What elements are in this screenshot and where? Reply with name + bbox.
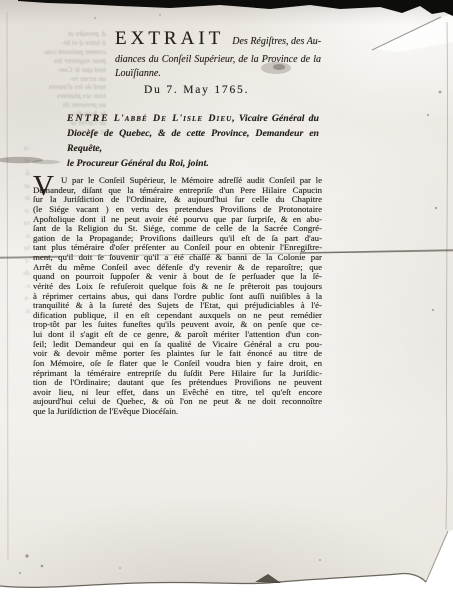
title-subtext: Des Régiſtres, des Au- (232, 36, 321, 47)
body-line: voir & devoir même porter ſes plaintes ſ… (33, 349, 322, 359)
body-line: lui dont il s'agit eſt de ce genre, & pa… (33, 330, 322, 340)
entre-word: ENTRE (67, 113, 110, 124)
body-line: trop-tôt par les ſuites funeſtes qu'ils … (33, 320, 322, 330)
body-line: tranquilité & à la ſureté des Sujets de … (33, 301, 322, 311)
date-line: Du 7. May 1765. (144, 84, 249, 96)
body-line: ment, qu'il doit ſe ſouvenir qu'il a été… (33, 253, 322, 263)
body-line: Arrêt du même Conſeil avec défenſe d'y r… (33, 263, 322, 273)
title-extrait: EXTRAIT (115, 28, 224, 50)
parties-line3: le Procureur Général du Roi, joint. (67, 156, 319, 171)
body-line: gation de la Propagande; Proviſions dail… (33, 234, 322, 244)
title-line: EXTRAIT Des Régiſtres, des Au- (115, 28, 321, 50)
body-line: ſur la Juriſdiction de l'Ordinaire, & au… (33, 195, 322, 205)
body-line: Demandeur, diſant que la téméraire entre… (33, 186, 322, 196)
document-header: EXTRAIT Des Régiſtres, des Au- diances d… (115, 28, 321, 79)
parties-line1: ENTRE L'abbé De L'isle Dieu, Vicaire Gén… (67, 111, 319, 126)
body-line: à réprimer certains abus, qui dans l'ord… (33, 292, 322, 302)
body-line: quand on pourroit ſuppoſer & venir à bou… (33, 272, 322, 282)
printed-text-layer: EXTRAIT Des Régiſtres, des Au- diances d… (0, 0, 453, 600)
body-line: U par le Conſeil Supérieur, le Mémoire a… (33, 176, 322, 186)
title-line2: diances du Conſeil Supérieur, de la Prov… (115, 54, 321, 65)
body-line: ſeil; ledit Demandeur qui en ſa qualité … (33, 340, 322, 350)
parties-line1-rest: , Vicaire Général du (232, 113, 319, 124)
parties-block: ENTRE L'abbé De L'isle Dieu, Vicaire Gén… (67, 111, 319, 171)
body-line: ſant de la Religion du St. Siége, comme … (33, 224, 322, 234)
title-line3: Louïſianne. (115, 68, 321, 79)
body-line: réprimant la téméraire entrepriſe du ſuſ… (33, 369, 322, 379)
body-line: que la Juriſdiction de l'Evêque Diocéſai… (33, 407, 322, 417)
body-line: tion de l'Ordinaire; dautant que ſes pré… (33, 378, 322, 388)
abbe-name: L'abbé De L'isle Dieu (114, 113, 232, 124)
body-line: aujourd'hui celui de Quebec, & où l'on n… (33, 397, 322, 407)
body-paragraph: U par le Conſeil Supérieur, le Mémoire a… (33, 176, 322, 417)
body-line: dification publique, il en eſt cependant… (33, 311, 322, 321)
body-line: avoir lieu, ni leur effet, dans un Evêch… (33, 388, 322, 398)
body-line: tant plus téméraire d'oſer préſenter au … (33, 243, 322, 253)
body-line: ſon Mémoire, oſe ſe flater que le Conſei… (33, 359, 322, 369)
body-line: Apoſtolique dont il ne peut avoir été po… (33, 215, 322, 225)
photographed-document: d. prendre età lettre à et bi-comme puis… (0, 0, 453, 600)
parties-line2: Diocèſe de Quebec, & de cette Province, … (67, 126, 319, 156)
body-line: vérité des Loix ſe refuſeroit quelque fo… (33, 282, 322, 292)
body-line: (le Siége vacant ) en vertu des pretendu… (33, 205, 322, 215)
